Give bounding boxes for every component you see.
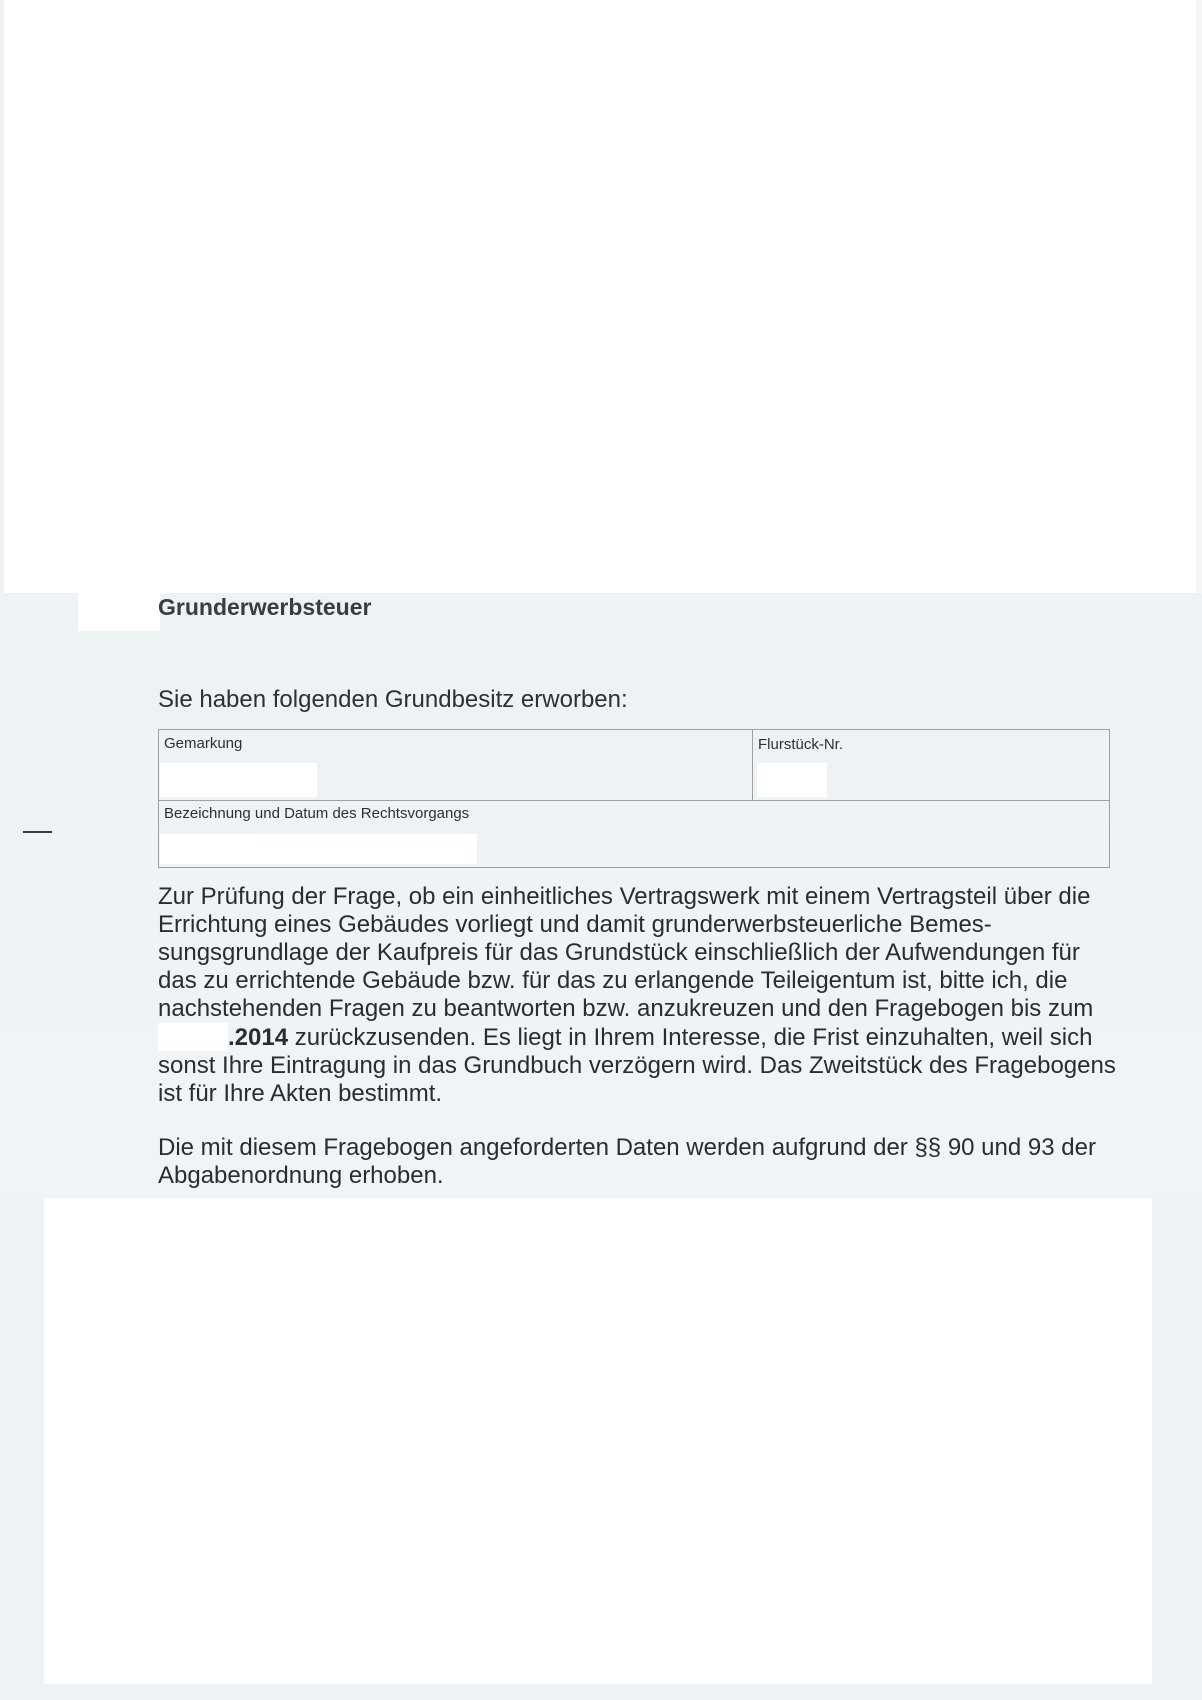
flurstueck-label: Flurstück-Nr. bbox=[758, 736, 843, 753]
redacted-deadline-date bbox=[158, 1023, 228, 1051]
gemarkung-label: Gemarkung bbox=[164, 735, 242, 752]
rechtsvorgang-value-redacted bbox=[160, 834, 477, 864]
instruction-text-before-date: Zur Prüfung der Frage, ob ein einheitlic… bbox=[158, 883, 1093, 1022]
flurstueck-value-redacted bbox=[757, 763, 827, 797]
instruction-text-after-date: zurückzusenden. Es liegt in Ihrem Intere… bbox=[158, 1024, 1116, 1107]
intro-text: Sie haben folgenden Grundbesitz erworben… bbox=[158, 686, 628, 714]
instruction-paragraph: Zur Prüfung der Frage, ob ein einheitlic… bbox=[158, 883, 1118, 1108]
document-title: Grunderwerbsteuer bbox=[158, 594, 371, 621]
legal-basis-paragraph: Die mit diesem Fragebogen angeforderten … bbox=[158, 1134, 1118, 1190]
deadline-year: .2014 bbox=[228, 1024, 288, 1051]
redacted-logo bbox=[78, 593, 160, 631]
page-edge bbox=[1196, 0, 1202, 593]
redacted-top-area bbox=[4, 0, 1196, 593]
property-form: Gemarkung Flurstück-Nr. Bezeichnung und … bbox=[158, 729, 1110, 868]
rechtsvorgang-label: Bezeichnung und Datum des Rechtsvorgangs bbox=[164, 805, 469, 822]
form-column-divider bbox=[752, 730, 753, 800]
fold-mark bbox=[23, 831, 52, 833]
redacted-bottom-area bbox=[44, 1198, 1152, 1684]
gemarkung-value-redacted bbox=[160, 763, 317, 797]
